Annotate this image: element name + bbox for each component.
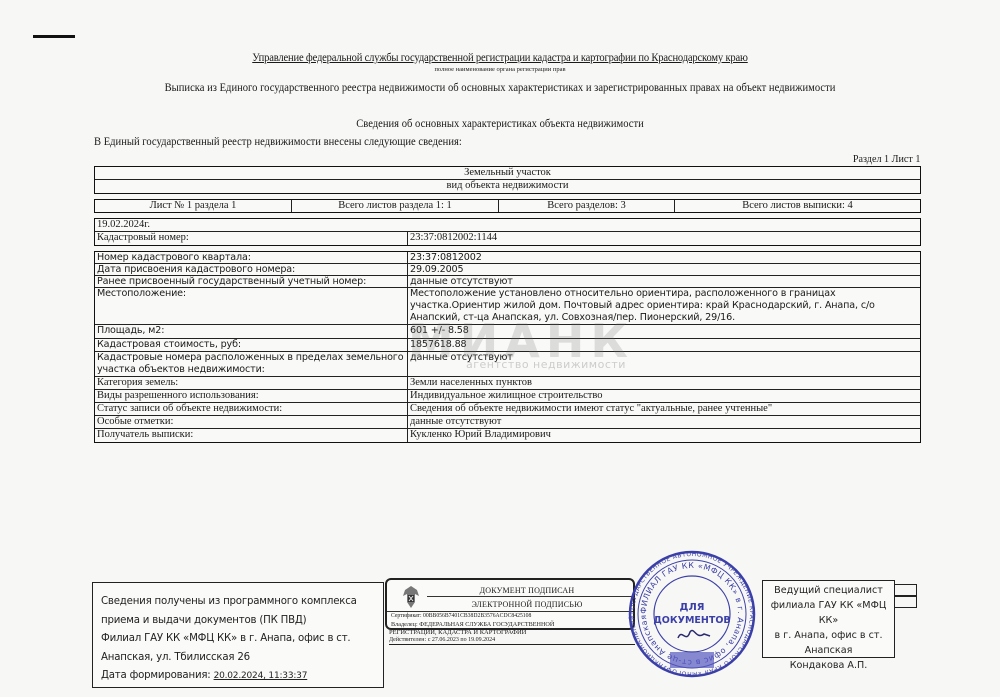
row-label: Получатель выписки:: [95, 429, 408, 442]
intro-text: В Единый государственный реестр недвижим…: [94, 136, 462, 148]
scan-mark: [33, 35, 75, 38]
table-row: Особые отметки: данные отсутствуют: [95, 416, 920, 429]
row-label: Кадастровые номера расположенных в преде…: [95, 352, 408, 376]
mfc-note-line: Сведения получены из программного компле…: [101, 593, 383, 612]
object-type-box: Земельный участок вид объекта недвижимос…: [94, 166, 921, 194]
svg-text:ДЛЯ: ДЛЯ: [680, 602, 705, 613]
row-label: Виды разрешенного использования:: [95, 390, 408, 402]
table-row: Кадастровая стоимость, руб: 1857618.88: [95, 339, 920, 352]
specialist-office: в г. Анапа, офис в ст.: [763, 628, 894, 643]
specialist-branch: филиала ГАУ КК «МФЦ КК»: [763, 598, 894, 628]
row-value: Земли населенных пунктов: [408, 377, 920, 389]
table-row: Кадастровые номера расположенных в преде…: [95, 352, 920, 377]
location-value: Местоположение установлено относительно …: [408, 288, 920, 324]
object-type-caption: вид объекта недвижимости: [95, 180, 920, 193]
cadastral-number-row: Кадастровый номер: 23:37:0812002:1144: [95, 232, 920, 245]
svg-text:ДОКУМЕНТОВ: ДОКУМЕНТОВ: [653, 615, 730, 626]
row-label: Особые отметки:: [95, 416, 408, 428]
table-row: Виды разрешенного использования: Индивид…: [95, 390, 920, 403]
mfc-note-line: Анапская, ул. Тбилисская 26: [101, 649, 383, 668]
table-row: Получатель выписки: Кукленко Юрий Владим…: [95, 429, 920, 442]
table-row: Дата присвоения кадастрового номера: 29.…: [95, 264, 920, 276]
form-grid-stub: [895, 596, 917, 608]
signature-subtitle: ЭЛЕКТРОННОЙ ПОДПИСЬЮ: [427, 600, 627, 609]
table-row: Категория земель: Земли населенных пункт…: [95, 377, 920, 390]
row-label: Ранее присвоенный государственный учетны…: [95, 276, 408, 287]
row-label: Статус записи об объекте недвижимости:: [95, 403, 408, 415]
area-value: 601 +/- 8.58: [408, 325, 920, 338]
cadastral-number-label: Кадастровый номер:: [95, 232, 408, 245]
specialist-position: Ведущий специалист: [763, 583, 894, 598]
row-value: Сведения об объекте недвижимости имеют с…: [408, 403, 920, 415]
svg-text:ФИЛИАЛ ГАУ КК «МФЦ КК» в г. Ан: ФИЛИАЛ ГАУ КК «МФЦ КК» в г. Анапа, офис …: [639, 561, 745, 667]
mfc-note-line: приема и выдачи документов (ПК ПВД): [101, 612, 383, 631]
section-heading: Сведения об основных характеристиках объ…: [40, 118, 960, 130]
electronic-signature-box: ДОКУМЕНТ ПОДПИСАН ЭЛЕКТРОННОЙ ПОДПИСЬЮ С…: [385, 578, 635, 630]
row-value: данные отсутствуют: [408, 276, 920, 287]
signature-title: ДОКУМЕНТ ПОДПИСАН: [427, 586, 627, 595]
table-row: Номер кадастрового квартала: 23:37:08120…: [95, 252, 920, 264]
row-label: Площадь, м2:: [95, 325, 408, 338]
table-row: Площадь, м2: 601 +/- 8.58: [95, 325, 920, 339]
form-grid-stub: [895, 584, 917, 596]
specialist-office-cont: Анапская: [763, 643, 894, 658]
row-value: данные отсутствуют: [408, 416, 920, 428]
mfc-note-box: Сведения получены из программного компле…: [92, 582, 384, 688]
eagle-emblem-icon: [401, 584, 421, 612]
document-title: Выписка из Единого государственного реес…: [40, 82, 960, 94]
organization-title: Управление федеральной службы государств…: [40, 52, 960, 64]
row-value: Индивидуальное жилищное строительство: [408, 390, 920, 402]
row-value: данные отсутствуют: [408, 352, 920, 376]
row-label: Местоположение:: [95, 288, 408, 324]
specialist-box: Ведущий специалист филиала ГАУ КК «МФЦ К…: [762, 580, 895, 658]
sections-total: Всего разделов: 3: [499, 200, 675, 212]
organization-caption: полное наименование органа регистрации п…: [0, 66, 1000, 73]
row-value: 23:37:0812002: [408, 252, 920, 263]
table-row: Статус записи об объекте недвижимости: С…: [95, 403, 920, 416]
sheet-number: Лист № 1 раздела 1: [95, 200, 292, 212]
certificate-validity: Действителен: с 27.06.2023 по 19.09.2024: [389, 637, 635, 645]
row-label: Категория земель:: [95, 377, 408, 389]
object-type: Земельный участок: [95, 167, 920, 180]
certificate-owner: Владелец: ФЕДЕРАЛЬНАЯ СЛУЖБА ГОСУДАРСТВЕ…: [391, 621, 554, 628]
row-label: Номер кадастрового квартала:: [95, 252, 408, 263]
cadastral-value: 1857618.88: [408, 339, 920, 351]
date-cadastral-box: 19.02.2024г. Кадастровый номер: 23:37:08…: [94, 218, 921, 246]
row-value: Кукленко Юрий Владимирович: [408, 429, 920, 442]
table-row: Ранее присвоенный государственный учетны…: [95, 276, 920, 288]
sheet-reference: Раздел 1 Лист 1: [852, 153, 920, 165]
formation-date-value: 20.02.2024, 11:33:37: [214, 671, 308, 681]
mfc-round-stamp: ГОСУДАРСТВЕННОЕ АВТОНОМНОЕ УЧРЕЖДЕНИЕ КР…: [626, 548, 758, 680]
section-sheets-total: Всего листов раздела 1: 1: [292, 200, 499, 212]
table-row: Местоположение: Местоположение установле…: [95, 288, 920, 325]
specialist-name: Кондакова А.П.: [763, 658, 894, 673]
cadastral-number-value: 23:37:0812002:1144: [408, 232, 920, 245]
formation-date-line: Дата формирования: 20.02.2024, 11:33:37: [101, 667, 383, 686]
certificate-owner-cont: РЕГИСТРАЦИИ, КАДАСТРА И КАРТОГРАФИИ: [389, 629, 526, 636]
extract-sheets-total: Всего листов выписки: 4: [675, 200, 920, 212]
extract-date: 19.02.2024г.: [95, 219, 920, 232]
formation-date-label: Дата формирования:: [101, 670, 214, 681]
row-label: Кадастровая стоимость, руб:: [95, 339, 408, 351]
characteristics-table: Номер кадастрового квартала: 23:37:08120…: [94, 251, 921, 443]
row-label: Дата присвоения кадастрового номера:: [95, 264, 408, 275]
row-value: 29.09.2005: [408, 264, 920, 275]
mfc-note-line: Филиал ГАУ КК «МФЦ КК» в г. Анапа, офис …: [101, 630, 383, 649]
certificate-number: Сертификат: 00BB056B7401CB38D2B3576ACDC8…: [391, 613, 531, 619]
sheet-meta-box: Лист № 1 раздела 1 Всего листов раздела …: [94, 199, 921, 213]
